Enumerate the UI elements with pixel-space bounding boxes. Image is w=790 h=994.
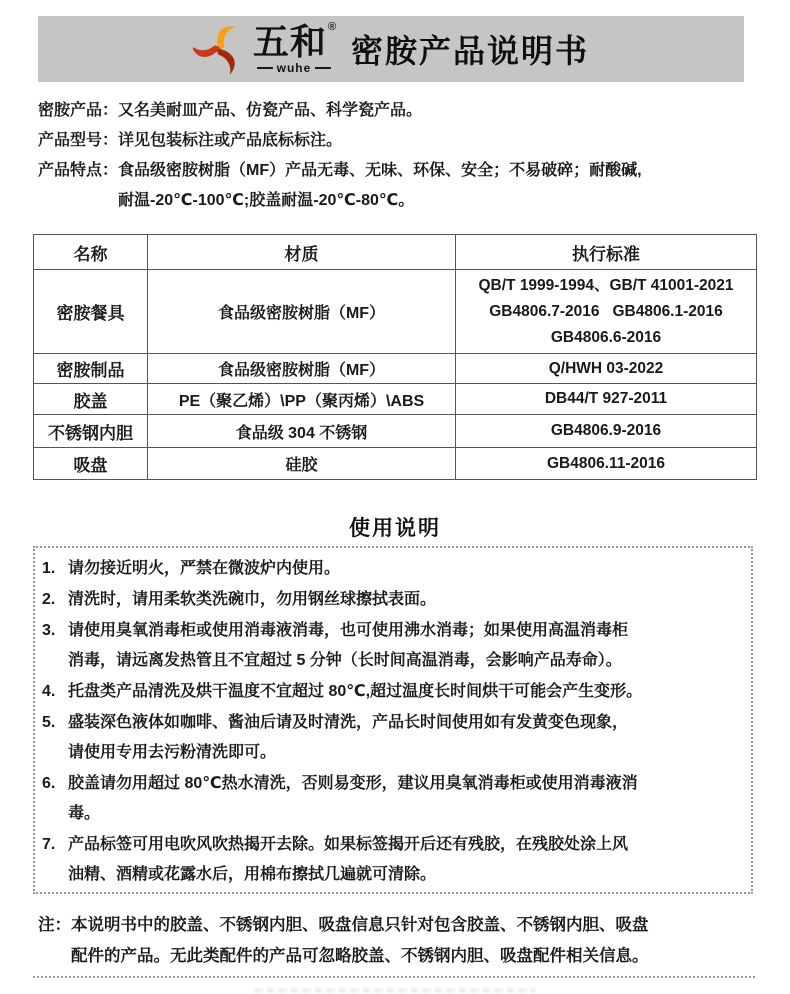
material-cell: 食品级密胺树脂（MF） — [148, 270, 456, 354]
material-cell: PE（聚乙烯）\PP（聚丙烯）\ABS — [148, 384, 456, 415]
intro-text: 详见包装标注或产品底标标注。 — [118, 126, 342, 156]
item-text: 产品标签可用电吹风吹热揭开去除。如果标签揭开后还有残胶，在残胶处涂上风 油精、酒… — [68, 830, 628, 890]
table-row: 胶盖 PE（聚乙烯）\PP（聚丙烯）\ABS DB44/T 927-2011 — [34, 384, 757, 415]
usage-instructions-box: 1. 请勿接近明火，严禁在微波炉内使用。 2. 清洗时，请用柔软类洗碗巾，勿用钢… — [33, 546, 753, 894]
material-cell: 食品级 304 不锈钢 — [148, 415, 456, 448]
page-title: 密胺产品说明书 — [351, 26, 589, 72]
item-number: 4. — [42, 677, 68, 707]
intro-section: 密胺产品： 又名美耐皿产品、仿瓷产品、科学瓷产品。 产品型号： 详见包装标注或产… — [38, 96, 756, 216]
usage-item-7: 7. 产品标签可用电吹风吹热揭开去除。如果标签揭开后还有残胶，在残胶处涂上风 油… — [42, 830, 743, 890]
item-number: 2. — [42, 585, 68, 615]
product-name-cell: 胶盖 — [34, 384, 148, 415]
intro-item-product-alias: 密胺产品： 又名美耐皿产品、仿瓷产品、科学瓷产品。 — [38, 96, 756, 126]
item-text: 盛装深色液体如咖啡、酱油后请及时清洗，产品长时间使用如有发黄变色现象， 请使用专… — [68, 708, 628, 768]
brand-name-en: wuhe — [277, 62, 312, 74]
item-number: 3. — [42, 616, 68, 676]
col-header-material: 材质 — [148, 235, 456, 270]
table-header-row: 名称 材质 执行标准 — [34, 235, 757, 270]
item-number: 1. — [42, 554, 68, 584]
product-name-cell: 吸盘 — [34, 448, 148, 480]
intro-item-product-features: 产品特点： 食品级密胺树脂（MF）产品无毒、无味、环保、安全；不易破碎；耐酸碱,… — [38, 156, 756, 216]
usage-item-2: 2. 清洗时，请用柔软类洗碗巾，勿用钢丝球擦拭表面。 — [42, 585, 743, 615]
item-text: 请勿接近明火，严禁在微波炉内使用。 — [68, 554, 340, 584]
col-header-name: 名称 — [34, 235, 148, 270]
table-row: 不锈钢内胆 食品级 304 不锈钢 GB4806.9-2016 — [34, 415, 757, 448]
intro-text: 又名美耐皿产品、仿瓷产品、科学瓷产品。 — [118, 96, 422, 126]
intro-label: 产品型号： — [38, 126, 118, 156]
brand-name-cn: 五和 — [253, 21, 327, 62]
usage-section-title: 使用说明 — [0, 512, 790, 542]
product-name-cell: 密胺餐具 — [34, 270, 148, 354]
wuhe-swirl-logo-icon — [193, 23, 245, 75]
standards-cell: GB4806.11-2016 — [456, 448, 757, 480]
usage-item-5: 5. 盛装深色液体如咖啡、酱油后请及时清洗，产品长时间使用如有发黄变色现象， 请… — [42, 708, 743, 768]
intro-label: 密胺产品： — [38, 96, 118, 126]
standards-cell: QB/T 1999-1994、GB/T 41001-2021 GB4806.7-… — [456, 270, 757, 354]
brand-dash-right — [315, 67, 331, 69]
usage-item-3: 3. 请使用臭氧消毒柜或使用消毒液消毒，也可使用沸水消毒；如果使用高温消毒柜 消… — [42, 616, 743, 676]
material-cell: 食品级密胺树脂（MF） — [148, 354, 456, 384]
cutoff-content-remnant — [255, 988, 535, 993]
usage-item-6: 6. 胶盖请勿用超过 80℃热水清洗，否则易变形，建议用臭氧消毒柜或使用消毒液消… — [42, 769, 743, 829]
brand-logo: 五和® wuhe — [193, 23, 335, 75]
registered-trademark-icon: ® — [328, 21, 336, 33]
intro-item-product-model: 产品型号： 详见包装标注或产品底标标注。 — [38, 126, 756, 156]
item-number: 5. — [42, 708, 68, 768]
table-row: 吸盘 硅胶 GB4806.11-2016 — [34, 448, 757, 480]
footnote-label: 注： — [38, 910, 71, 972]
brand-text: 五和® wuhe — [253, 24, 335, 74]
intro-text: 食品级密胺树脂（MF）产品无毒、无味、环保、安全；不易破碎；耐酸碱, 耐温-20… — [118, 156, 642, 216]
intro-label: 产品特点： — [38, 156, 118, 216]
material-cell: 硅胶 — [148, 448, 456, 480]
item-number: 7. — [42, 830, 68, 890]
product-name-cell: 不锈钢内胆 — [34, 415, 148, 448]
col-header-standard: 执行标准 — [456, 235, 757, 270]
table-row: 密胺餐具 食品级密胺树脂（MF） QB/T 1999-1994、GB/T 410… — [34, 270, 757, 354]
brand-dash-left — [257, 67, 273, 69]
usage-item-1: 1. 请勿接近明火，严禁在微波炉内使用。 — [42, 554, 743, 584]
item-text: 请使用臭氧消毒柜或使用消毒液消毒，也可使用沸水消毒；如果使用高温消毒柜 消毒，请… — [68, 616, 628, 676]
header: 五和® wuhe 密胺产品说明书 — [38, 16, 744, 82]
item-text: 胶盖请勿用超过 80℃热水清洗，否则易变形，建议用臭氧消毒柜或使用消毒液消 毒。 — [68, 769, 638, 829]
product-name-cell: 密胺制品 — [34, 354, 148, 384]
item-text: 托盘类产品清洗及烘干温度不宜超过 80℃,超过温度长时间烘干可能会产生变形。 — [68, 677, 642, 707]
standards-cell: DB44/T 927-2011 — [456, 384, 757, 415]
item-text: 清洗时，请用柔软类洗碗巾，勿用钢丝球擦拭表面。 — [68, 585, 436, 615]
usage-item-4: 4. 托盘类产品清洗及烘干温度不宜超过 80℃,超过温度长时间烘干可能会产生变形… — [42, 677, 743, 707]
footnote: 注： 本说明书中的胶盖、不锈钢内胆、吸盘信息只针对包含胶盖、不锈钢内胆、吸盘 配… — [38, 910, 757, 972]
spec-table: 名称 材质 执行标准 密胺餐具 食品级密胺树脂（MF） QB/T 1999-19… — [33, 234, 757, 480]
standards-cell: GB4806.9-2016 — [456, 415, 757, 448]
standards-cell: Q/HWH 03-2022 — [456, 354, 757, 384]
dotted-divider — [33, 976, 755, 978]
product-manual-page: 五和® wuhe 密胺产品说明书 密胺产品： 又名美耐皿产品、仿瓷产品、科学瓷产… — [0, 0, 790, 994]
item-number: 6. — [42, 769, 68, 829]
table-row: 密胺制品 食品级密胺树脂（MF） Q/HWH 03-2022 — [34, 354, 757, 384]
footnote-text: 本说明书中的胶盖、不锈钢内胆、吸盘信息只针对包含胶盖、不锈钢内胆、吸盘 配件的产… — [71, 910, 649, 972]
